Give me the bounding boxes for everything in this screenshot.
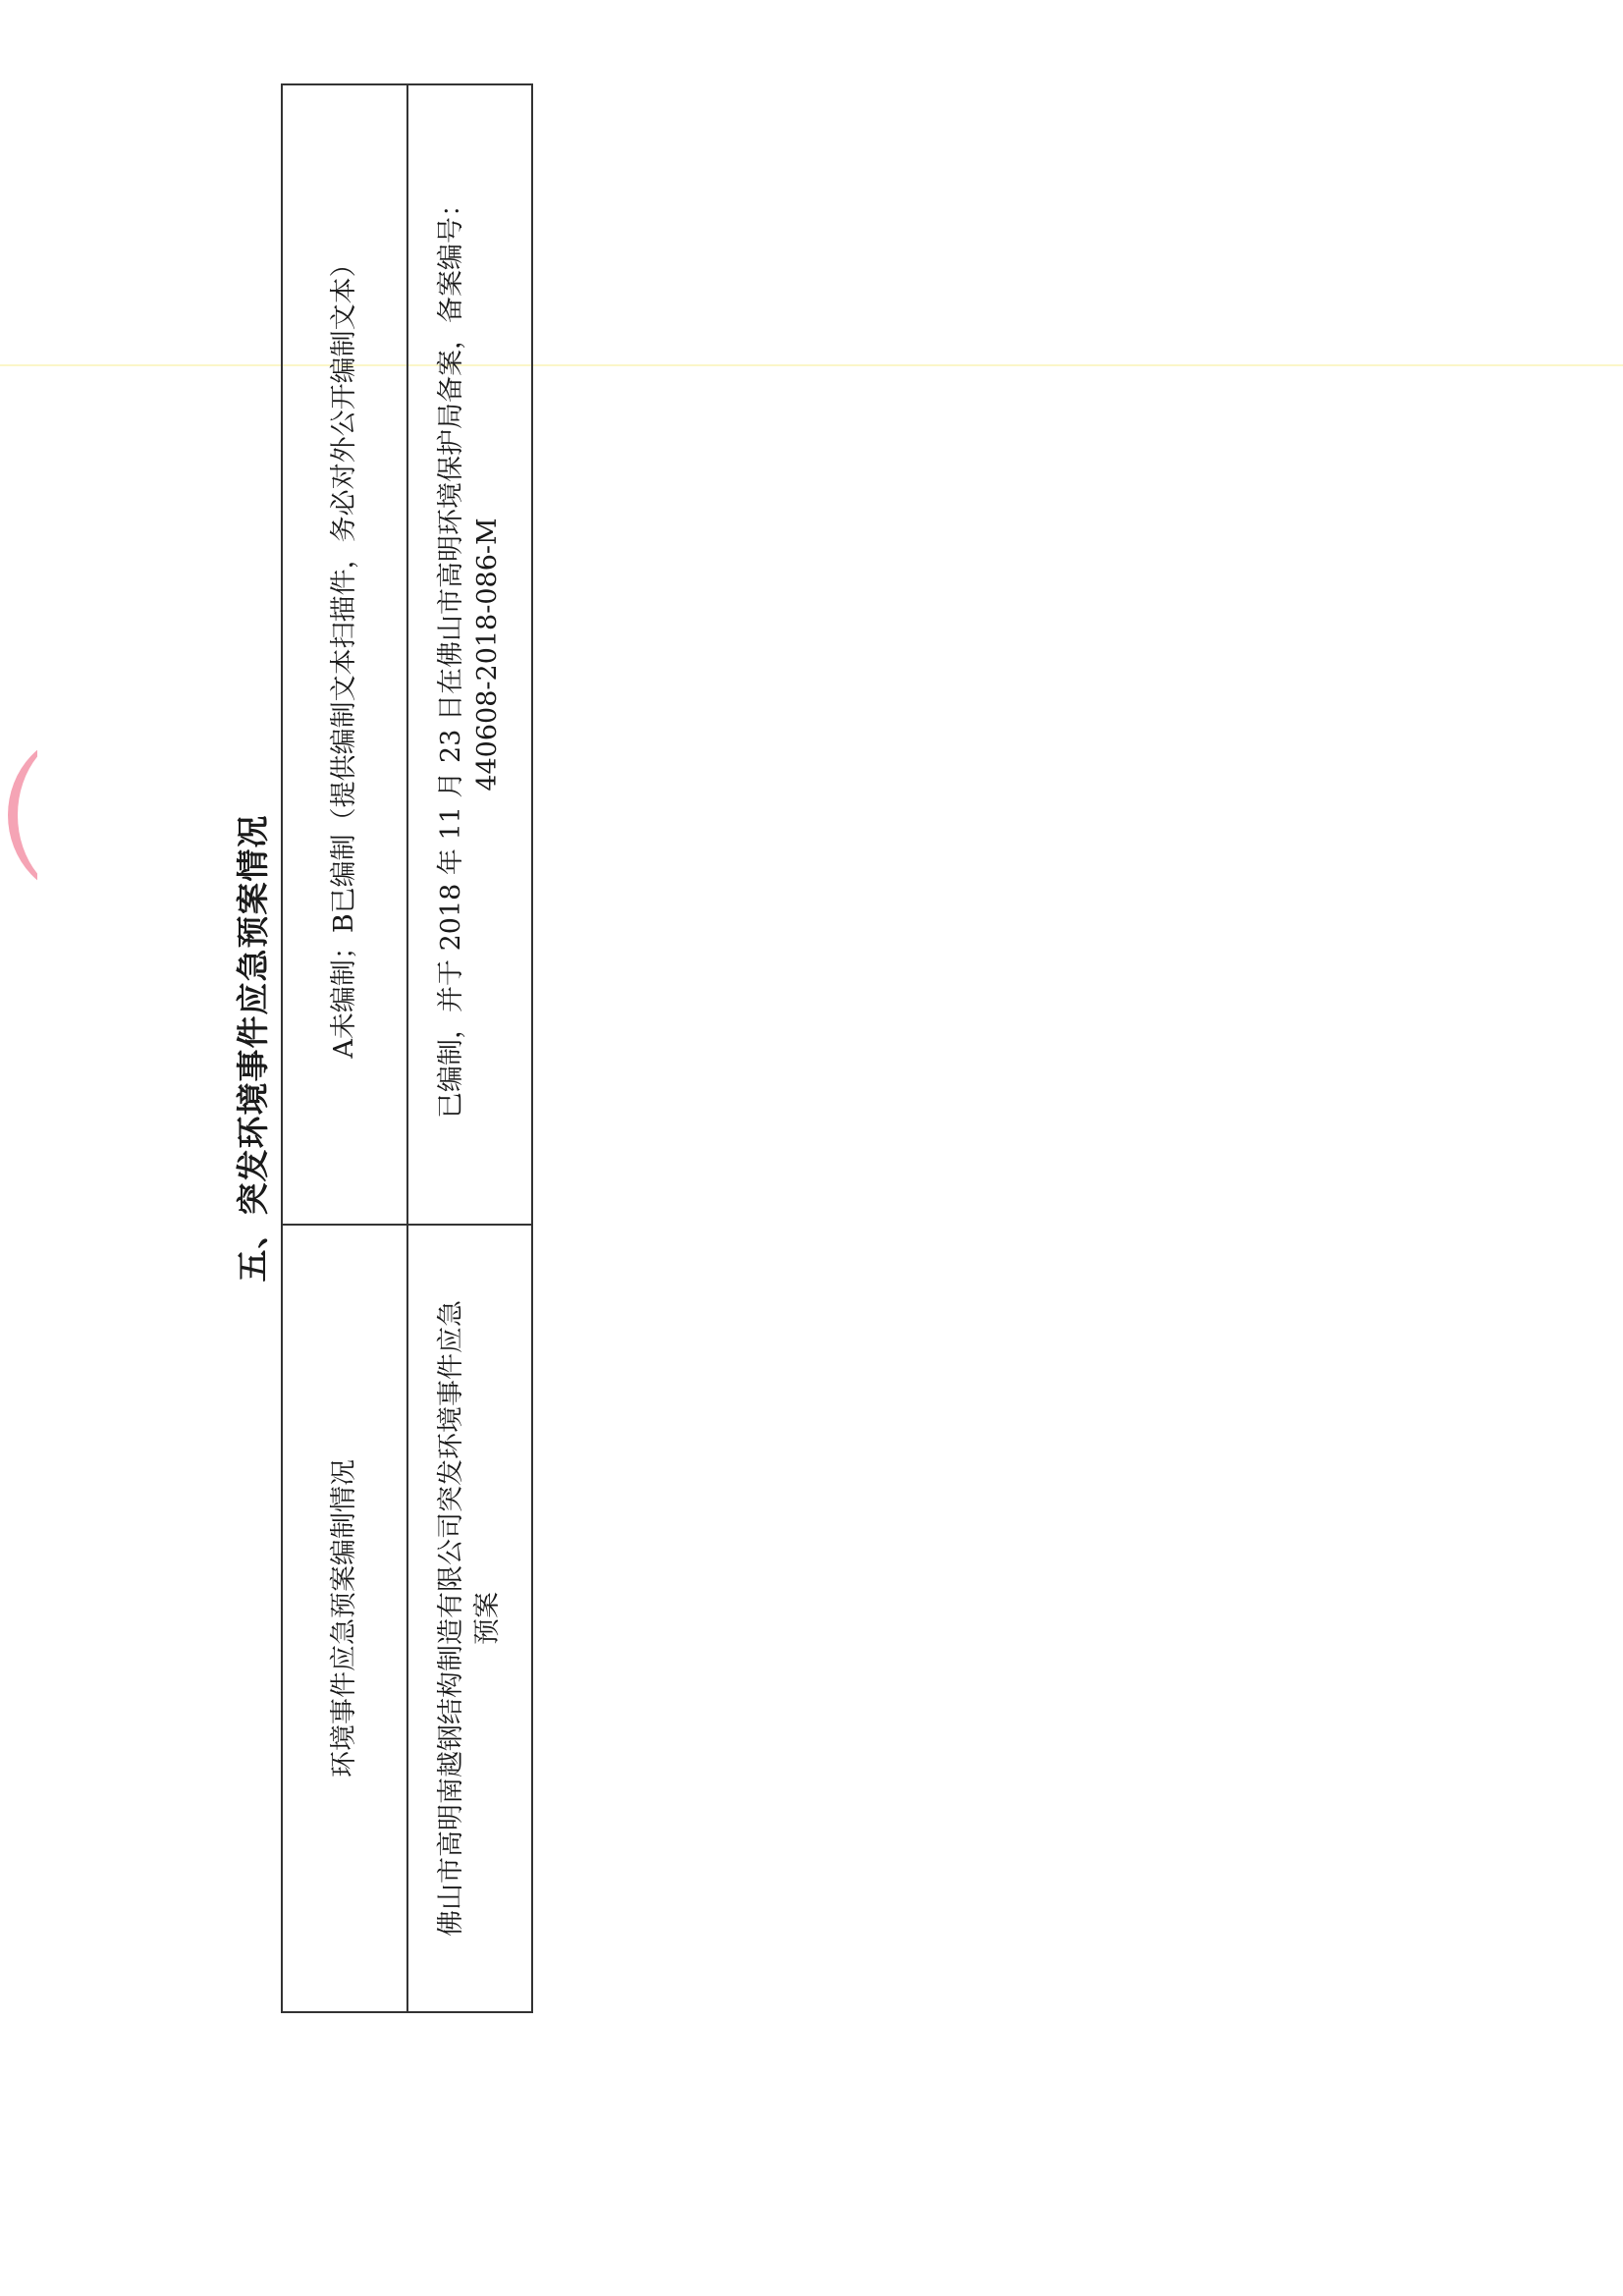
rotated-page: 五、突发环境事件应急预案情况 环境事件应急预案编制情况 A未编制；B已编制（提供… [0, 0, 1623, 2296]
row-value: A未编制；B已编制（提供编制文本扫描件，务必对外公开编制文本） [282, 84, 407, 1225]
row-label: 环境事件应急预案编制情况 [282, 1225, 407, 2012]
section-title: 五、突发环境事件应急预案情况 [228, 83, 274, 2013]
filing-number: 440608-2018-086-M [469, 105, 506, 1204]
emergency-plan-table: 环境事件应急预案编制情况 A未编制；B已编制（提供编制文本扫描件，务必对外公开编… [281, 83, 533, 2013]
row-value-line: 已编制，并于 2018 年 11 月 23 日在佛山市高明环境保护局备案，备案编… [433, 105, 469, 1204]
row-value: 已编制，并于 2018 年 11 月 23 日在佛山市高明环境保护局备案，备案编… [407, 84, 533, 1225]
row-label-line: 佛山市高明南越钢结构制造有限公司突发环境事件应急 [433, 1245, 469, 1992]
row-label-line: 预案 [469, 1245, 506, 1992]
row-label: 佛山市高明南越钢结构制造有限公司突发环境事件应急 预案 [407, 1225, 533, 2012]
table-row: 环境事件应急预案编制情况 A未编制；B已编制（提供编制文本扫描件，务必对外公开编… [282, 84, 407, 2012]
table-row: 佛山市高明南越钢结构制造有限公司突发环境事件应急 预案 已编制，并于 2018 … [407, 84, 533, 2012]
row-value-line: A未编制；B已编制（提供编制文本扫描件，务必对外公开编制文本） [326, 105, 362, 1204]
